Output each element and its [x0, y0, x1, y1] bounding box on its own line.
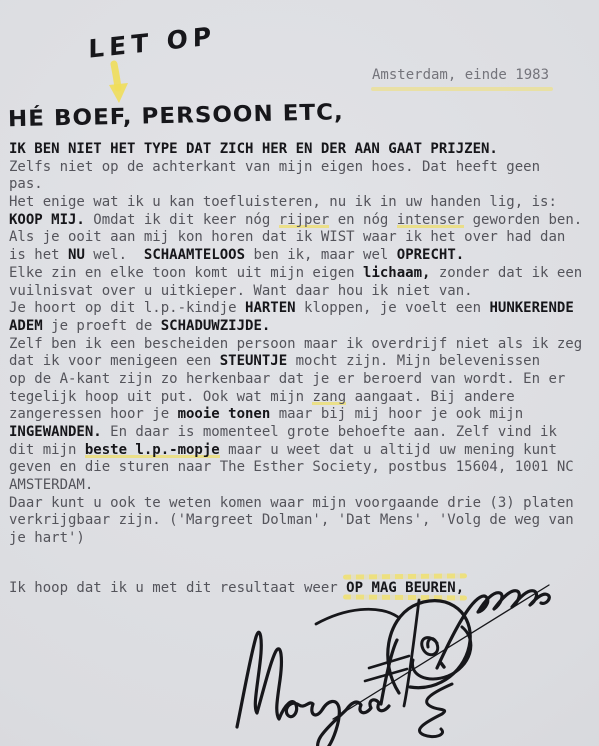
typed-text: je hart') [9, 530, 85, 546]
marker-word: ADEM [9, 318, 43, 334]
letter-photo: LET OP Amsterdam, einde 1983 HÉ BOEF, PE… [0, 0, 599, 746]
letter-line: tegelijk hoop uit put. Ook wat mijn zang… [9, 389, 595, 407]
letter-line: INGEWANDEN. En daar is momenteel grote b… [9, 424, 595, 442]
marker-word: HUNKERENDE [489, 300, 573, 316]
typed-text: Daar kunt u ook te weten komen waar mijn… [9, 495, 574, 511]
closing-line: Ik hoop dat ik u met dit resultaat weer … [9, 580, 464, 596]
typed-text: is het [9, 247, 68, 263]
typed-text: en nóg [329, 212, 396, 228]
typed-text: dit mijn [9, 442, 85, 458]
marker-word: OPRECHT. [397, 247, 464, 263]
typed-text: Je hoort op dit l.p.-kindje [9, 300, 245, 316]
letter-line: AMSTERDAM. [9, 477, 595, 495]
typed-text: je proeft de [43, 318, 161, 334]
typed-text: pas. [9, 176, 43, 192]
salutation: HÉ BOEF, PERSOON ETC, [8, 100, 344, 132]
letter-line: je hart') [9, 530, 595, 548]
typed-text: geworden ben. [464, 212, 582, 228]
typed-text: Elke zin en elke toon komt uit mijn eige… [9, 265, 363, 281]
letter-line: Daar kunt u ook te weten komen waar mijn… [9, 495, 595, 513]
typed-text: zonder dat ik een [430, 265, 582, 281]
marker-word: beste l.p.-mopje [85, 442, 220, 458]
letter-line: Als je ooit aan mij kon horen dat ik WIS… [9, 229, 595, 247]
letter-line: zangeressen hoor je mooie tonen maar bij… [9, 406, 595, 424]
letter-line: IK BEN NIET HET TYPE DAT ZICH HER EN DER… [9, 141, 595, 159]
marker-word: SCHADUWZIJDE. [161, 318, 271, 334]
marker-word: INGEWANDEN. [9, 424, 102, 440]
typed-text: wel. [85, 247, 144, 263]
typed-text: AMSTERDAM. [9, 477, 93, 493]
letter-body: IK BEN NIET HET TYPE DAT ZICH HER EN DER… [9, 141, 595, 548]
letter-line: is het NU wel. SCHAAMTELOOS ben ik, maar… [9, 247, 595, 265]
letter-line: Elke zin en elke toon komt uit mijn eige… [9, 265, 595, 283]
highlighted-word: intenser [397, 212, 464, 228]
marker-word: OP MAG BEUREN, [346, 580, 464, 596]
dateline-highlight [371, 87, 553, 91]
typed-text: ben ik, maar wel [245, 247, 397, 263]
let-op-annotation: LET OP [88, 21, 216, 64]
typed-text: aangaat. Bij andere [346, 389, 515, 405]
marker-word: KOOP MIJ. [9, 212, 85, 228]
typed-text: geven en die sturen naar The Esther Soci… [9, 459, 574, 475]
letter-line: Je hoort op dit l.p.-kindje HARTEN klopp… [9, 300, 595, 318]
letter-line: op de A-kant zijn zo herkenbaar dat je e… [9, 371, 595, 389]
letter-line: pas. [9, 176, 595, 194]
marker-word: HARTEN [245, 300, 296, 316]
typed-text: verkrijgbaar zijn. ('Margreet Dolman', '… [9, 512, 574, 528]
typed-text: Omdat ik dit keer nóg [85, 212, 279, 228]
typed-text: maar bij mij hoor je ook mijn [270, 406, 523, 422]
typed-text: Het enige wat ik u kan toefluisteren, nu… [9, 194, 557, 210]
typed-text: Zelfs niet op de achterkant van mijn eig… [9, 159, 540, 175]
letter-line: dit mijn beste l.p.-mopje maar u weet da… [9, 442, 595, 460]
letter-line: Zelfs niet op de achterkant van mijn eig… [9, 159, 595, 177]
typed-text: mocht zijn. Mijn belevenissen [287, 353, 540, 369]
typed-text: zangeressen hoor je [9, 406, 178, 422]
marker-word: SCHAAMTELOOS [144, 247, 245, 263]
letter-line: vuilnisvat over u uitkieper. Want daar h… [9, 283, 595, 301]
dateline: Amsterdam, einde 1983 [372, 67, 549, 83]
marker-word: mooie tonen [178, 406, 271, 422]
typed-text: En daar is momenteel grote behoefte aan.… [102, 424, 557, 440]
highlighted-word: zang [312, 389, 346, 405]
typed-text: Zelf ben ik een bescheiden persoon maar … [9, 336, 582, 352]
marker-word: STEUNTJE [220, 353, 287, 369]
letter-line: ADEM je proeft de SCHADUWZIJDE. [9, 318, 595, 336]
letter-line: dat ik voor menigeen een STEUNTJE mocht … [9, 353, 595, 371]
letter-line: geven en die sturen naar The Esther Soci… [9, 459, 595, 477]
highlighted-word: rijper [279, 212, 330, 228]
typed-text: tegelijk hoop uit put. Ook wat mijn [9, 389, 312, 405]
typed-text: maar u weet dat u altijd uw mening kunt [220, 442, 557, 458]
typed-text: dat ik voor menigeen een [9, 353, 220, 369]
typed-text: vuilnisvat over u uitkieper. Want daar h… [9, 283, 473, 299]
typed-text: op de A-kant zijn zo herkenbaar dat je e… [9, 371, 565, 387]
typed-text: kloppen, je voelt een [296, 300, 490, 316]
typed-text: Als je ooit aan mij kon horen dat ik WIS… [9, 229, 565, 245]
letter-line: Zelf ben ik een bescheiden persoon maar … [9, 336, 595, 354]
letter-line: Het enige wat ik u kan toefluisteren, nu… [9, 194, 595, 212]
letter-line: verkrijgbaar zijn. ('Margreet Dolman', '… [9, 512, 595, 530]
marker-word: IK BEN NIET HET TYPE DAT ZICH HER EN DER… [9, 141, 498, 157]
typed-text: Ik hoop dat ik u met dit resultaat weer [9, 580, 346, 596]
marker-word: lichaam, [363, 265, 430, 281]
marker-word: NU [68, 247, 85, 263]
letter-line: KOOP MIJ. Omdat ik dit keer nóg rijper e… [9, 212, 595, 230]
